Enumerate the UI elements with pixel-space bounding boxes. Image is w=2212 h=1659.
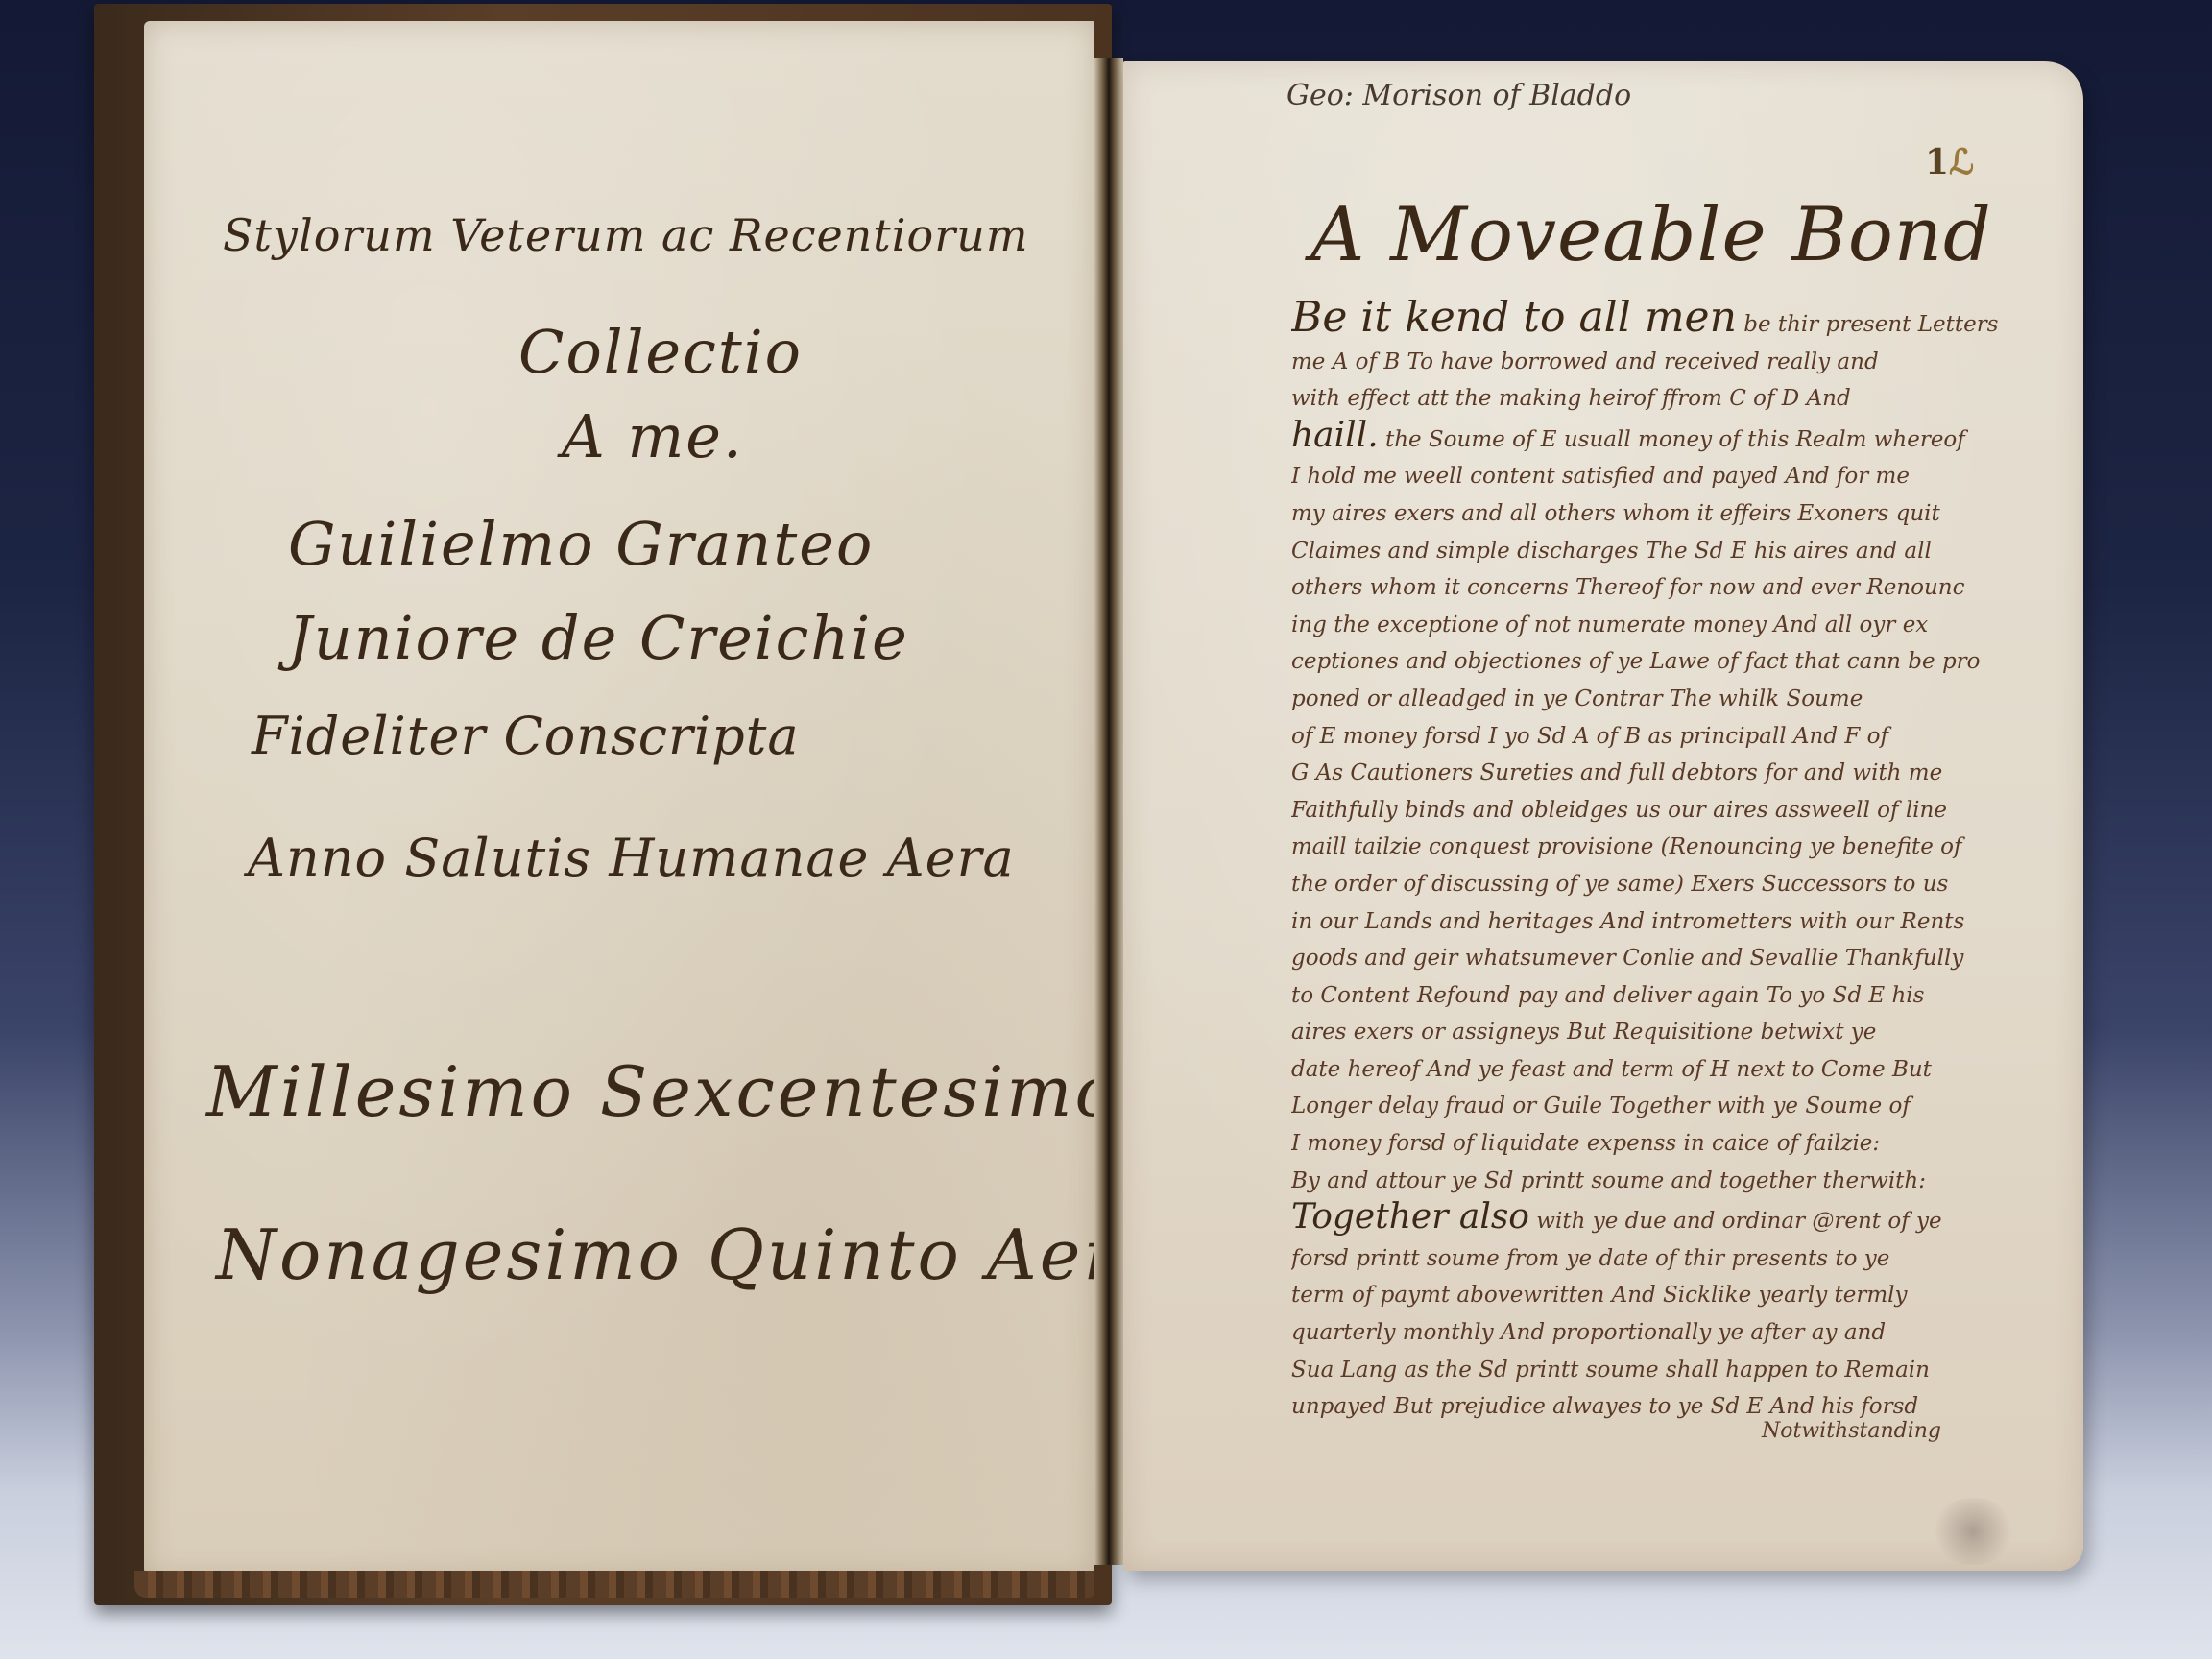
text-line: quarterly monthly And proportionally ye … bbox=[1291, 1314, 2021, 1352]
bond-body-text: Be it kend to all men be thir present Le… bbox=[1291, 300, 2021, 1426]
open-manuscript-book: Stylorum Veterum ac Recentiorum Collecti… bbox=[0, 0, 2212, 1659]
text-line: haill. the Soume of E usuall money of th… bbox=[1291, 418, 2021, 459]
text-line: Longer delay fraud or Guile Together wit… bbox=[1291, 1088, 2021, 1125]
text-line: Together also with ye due and ordinar @r… bbox=[1291, 1199, 2021, 1240]
text-line: to Content Refound pay and deliver again… bbox=[1291, 977, 2021, 1015]
ink-stain bbox=[1930, 1498, 2016, 1565]
owner-inscription: Geo: Morison of Bladdo bbox=[1286, 79, 1631, 112]
text-line: date hereof And ye feast and term of H n… bbox=[1291, 1051, 2021, 1089]
text-line: of E money forsd I yo Sd A of B as princ… bbox=[1291, 718, 2021, 756]
text-line: forsd printt soume from ye date of thir … bbox=[1291, 1240, 2021, 1278]
text-line: aires exers or assigneys But Requisition… bbox=[1291, 1014, 2021, 1051]
text-line: goods and geir whatsumever Conlie and Se… bbox=[1291, 940, 2021, 977]
text-line: term of paymt abovewritten And Sicklike … bbox=[1291, 1277, 2021, 1314]
text-line: ing the exceptione of not numerate money… bbox=[1291, 607, 2021, 644]
left-line-7: Anno Salutis Humanae Aera bbox=[248, 828, 1015, 888]
folio-number: 1ℒ bbox=[1925, 142, 1974, 182]
text-line: Faithfully binds and obleidges us our ai… bbox=[1291, 792, 2021, 829]
text-line: maill tailzie conquest provisione (Renou… bbox=[1291, 829, 2021, 866]
catchword: Notwithstanding bbox=[1762, 1419, 1941, 1443]
book-gutter-binding bbox=[1094, 58, 1123, 1565]
text-line: Be it kend to all men be thir present Le… bbox=[1291, 300, 2021, 344]
text-line: me A of B To have borrowed and received … bbox=[1291, 344, 2021, 381]
left-line-4: Guilielmo Granteo bbox=[288, 509, 874, 579]
text-line: ceptiones and objectiones of ye Lawe of … bbox=[1291, 643, 2021, 681]
torn-page-edge bbox=[134, 1571, 1094, 1598]
left-line-1: Stylorum Veterum ac Recentiorum bbox=[223, 209, 1028, 261]
left-line-9: Nonagesimo Quinto Aera bbox=[216, 1214, 1164, 1295]
text-line: the order of discussing of ye same) Exer… bbox=[1291, 866, 2021, 903]
text-line: I money forsd of liquidate expenss in ca… bbox=[1291, 1125, 2021, 1163]
left-line-6: Fideliter Conscripta bbox=[252, 706, 800, 766]
text-line: By and attour ye Sd printt soume and tog… bbox=[1291, 1163, 2021, 1200]
folio-mark: ℒ bbox=[1949, 142, 1974, 182]
text-line: my aires exers and all others whom it ef… bbox=[1291, 495, 2021, 533]
text-line: Claimes and simple discharges The Sd E h… bbox=[1291, 533, 2021, 570]
text-line: others whom it concerns Thereof for now … bbox=[1291, 569, 2021, 607]
left-line-8: Millesimo Sexcentesimo bbox=[206, 1051, 1119, 1132]
folio-digit: 1 bbox=[1925, 142, 1949, 182]
text-line: G As Cautioners Sureties and full debtor… bbox=[1291, 755, 2021, 792]
text-line: in our Lands and heritages And intromett… bbox=[1291, 903, 2021, 941]
text-line: with effect att the making heirof ffrom … bbox=[1291, 380, 2021, 418]
text-line: poned or alleadged in ye Contrar The whi… bbox=[1291, 681, 2021, 718]
text-line: Sua Lang as the Sd printt soume shall ha… bbox=[1291, 1352, 2021, 1389]
left-line-3: A me. bbox=[562, 401, 744, 471]
bond-title: A Moveable Bond bbox=[1310, 192, 1992, 278]
left-line-5: Juniore de Creichie bbox=[288, 603, 909, 673]
text-line: I hold me weell content satisfied and pa… bbox=[1291, 458, 2021, 495]
left-line-2: Collectio bbox=[518, 317, 803, 387]
